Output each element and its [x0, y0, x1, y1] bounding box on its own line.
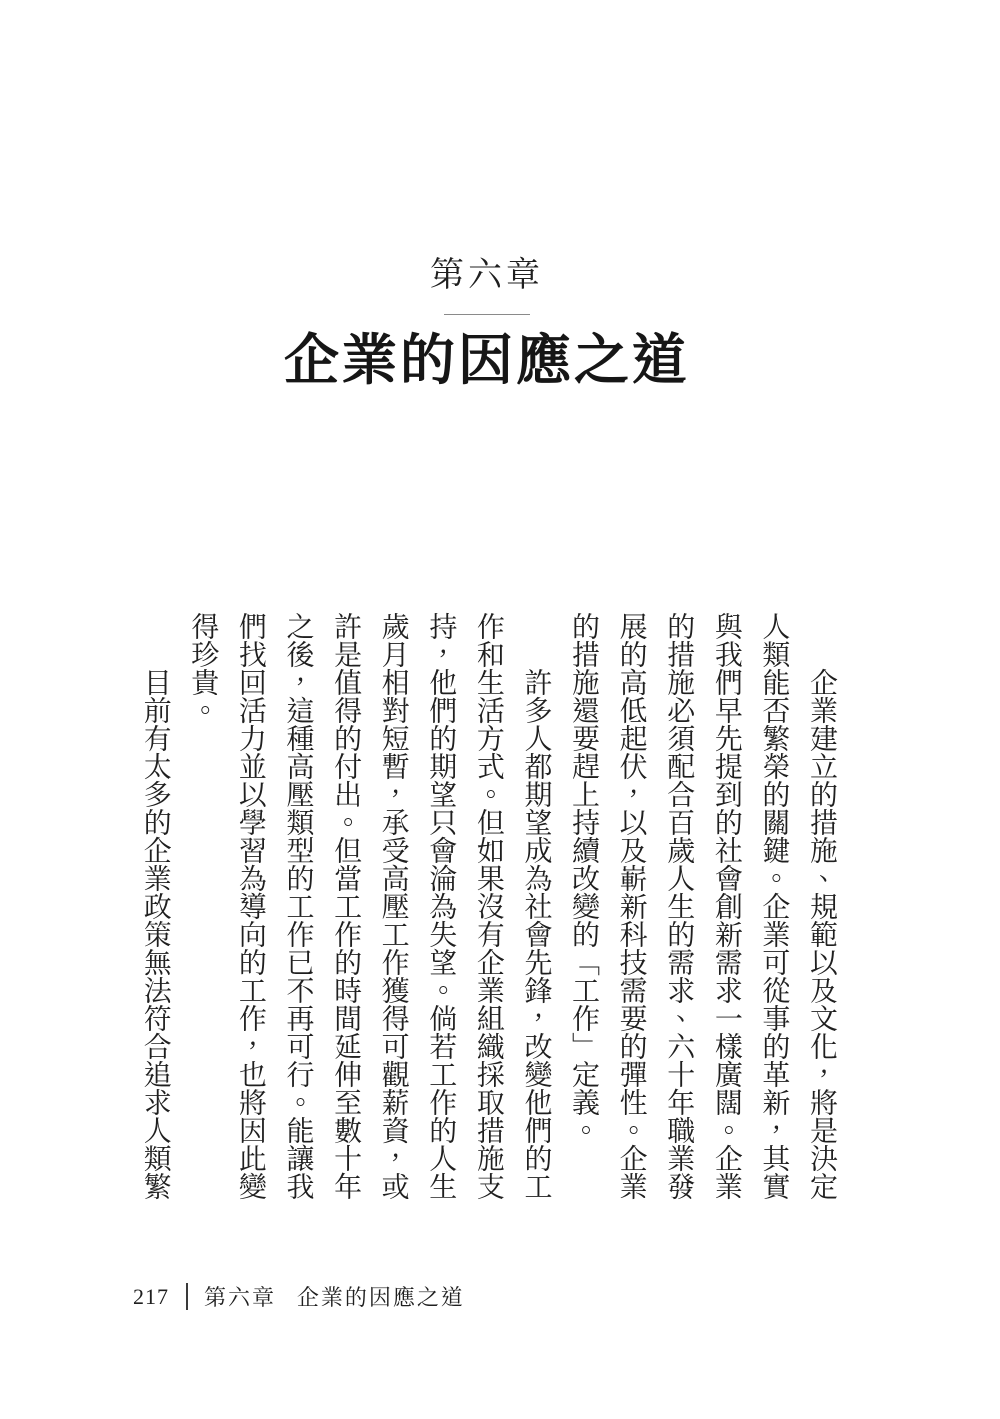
body-paragraph: 許多人都期望成為社會先鋒，改變他們的工作和生活方式。但如果沒有企業組織採取措施支… [179, 612, 560, 1204]
chapter-number-label: 第六章 [130, 256, 844, 297]
footer-chapter-title: 企業的因應之道 [297, 1281, 465, 1312]
vertical-body-text: 企業建立的措施、規範以及文化，將是決定人類能否繁榮的關鍵。企業可從事的革新，其實… [129, 612, 845, 1204]
book-page: 第六章 企業的因應之道 企業建立的措施、規範以及文化，將是決定人類能否繁榮的關鍵… [0, 0, 1000, 1419]
body-paragraph: 目前有太多的企業政策無法符合追求人類繁 [131, 612, 179, 1204]
chapter-divider-rule [444, 314, 530, 315]
footer-divider-bar [186, 1283, 188, 1310]
chapter-header: 第六章 企業的因應之道 [130, 256, 844, 394]
footer-chapter-label: 第六章 [204, 1281, 276, 1312]
page-footer: 217 第六章 企業的因應之道 [133, 1281, 465, 1312]
page-number: 217 [133, 1284, 169, 1310]
chapter-title: 企業的因應之道 [130, 328, 844, 394]
body-paragraph: 企業建立的措施、規範以及文化，將是決定人類能否繁榮的關鍵。企業可從事的革新，其實… [559, 612, 845, 1204]
